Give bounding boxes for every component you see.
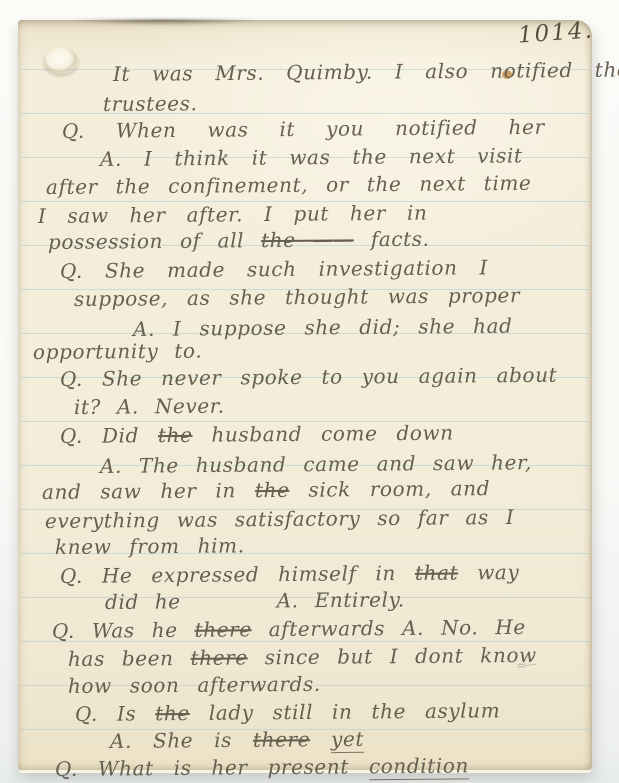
handwriting-line: Q. Was he there afterwards A. No. He xyxy=(52,614,526,644)
handwriting-text: Q. Is xyxy=(75,701,155,726)
handwriting-line: knew from him. xyxy=(55,532,245,560)
handwriting-text: A. She is xyxy=(110,728,253,753)
handwriting-text: Q. When was it you notified her xyxy=(62,115,545,143)
handwriting-text: A. The husband came and saw her, xyxy=(100,450,532,478)
handwriting-text: Q. Was he xyxy=(52,618,195,643)
struck-word: the xyxy=(155,701,190,725)
handwriting-line: I saw her after. I put her in xyxy=(38,200,428,229)
handwriting-line: did heA. Entirely. xyxy=(105,586,405,615)
handwriting-text: suppose, as she thought was proper xyxy=(74,283,520,311)
handwriting-line: how soon afterwards. xyxy=(68,671,321,699)
handwriting-text: afterwards A. No. He xyxy=(252,615,526,641)
handwriting-line: A. She is there yet xyxy=(110,726,364,754)
handwriting-line: suppose, as she thought was proper xyxy=(74,282,520,312)
manuscript-page: ≈— 1014. It was Mrs. Quimby. I also noti… xyxy=(18,20,592,770)
handwriting-text: Q. She never spoke to you again about xyxy=(60,363,557,391)
photographed-document: ≈— 1014. It was Mrs. Quimby. I also noti… xyxy=(0,0,619,783)
handwriting-line: after the confinement, or the next time xyxy=(46,170,532,200)
handwriting-text-layer: It was Mrs. Quimby. I also notified thet… xyxy=(18,20,592,770)
handwriting-text: everything was satisfactory so far as I xyxy=(45,505,515,533)
handwriting-text xyxy=(310,727,331,751)
handwriting-text: A. Entirely. xyxy=(277,587,405,612)
handwriting-text: lady still in the asylum xyxy=(190,698,501,725)
handwriting-text: Q. What is her present xyxy=(55,754,369,781)
handwriting-text: A. I think it was the next visit xyxy=(100,143,523,171)
handwriting-text: knew from him. xyxy=(55,533,245,559)
handwriting-text: facts. xyxy=(354,227,430,252)
handwriting-text: did he xyxy=(105,589,181,614)
handwriting-text: Q. Did xyxy=(60,423,158,448)
handwriting-line: it? A. Never. xyxy=(74,393,225,420)
struck-word: the —— xyxy=(261,227,354,252)
handwriting-text: since but I dont know xyxy=(248,643,537,670)
struck-word: there xyxy=(194,617,251,641)
handwriting-line: and saw her in the sick room, and xyxy=(42,475,490,505)
handwriting-line: It was Mrs. Quimby. I also notified the xyxy=(113,56,619,87)
handwriting-line: Q. Is the lady still in the asylum xyxy=(75,697,500,727)
handwriting-text: trustees. xyxy=(103,91,198,116)
handwriting-text: husband come down xyxy=(192,421,453,447)
handwriting-text: Q. He expressed himself in xyxy=(60,561,415,588)
handwriting-line: Q. When was it you notified her xyxy=(62,114,545,144)
struck-word: there xyxy=(190,645,247,669)
struck-word: the xyxy=(255,478,290,502)
handwriting-text: has been xyxy=(68,646,191,671)
handwriting-line: Q. She never spoke to you again about xyxy=(60,362,557,392)
handwriting-text: and saw her in xyxy=(42,478,255,504)
handwriting-line: everything was satisfactory so far as I xyxy=(45,504,515,534)
handwriting-text: how soon afterwards. xyxy=(68,672,321,698)
handwriting-line: opportunity to. xyxy=(33,338,202,365)
underlined-word: condition xyxy=(369,753,469,780)
underlined-word: yet xyxy=(331,727,364,753)
handwriting-line: has been there since but I dont know xyxy=(68,642,537,672)
handwriting-text: possession of all xyxy=(48,228,261,254)
handwriting-line: Q. He expressed himself in that way xyxy=(60,559,520,589)
handwriting-line: trustees. xyxy=(103,90,198,117)
handwriting-text: I saw her after. I put her in xyxy=(38,201,428,228)
handwriting-text: Q. She made such investigation I xyxy=(60,255,488,283)
handwriting-line: Q. She made such investigation I xyxy=(60,254,488,284)
struck-word: the xyxy=(158,423,193,447)
handwriting-text: sick room, and xyxy=(289,476,490,502)
handwriting-line: Q. What is her present condition xyxy=(55,752,469,782)
handwriting-text: after the confinement, or the next time xyxy=(46,171,532,199)
struck-word: there xyxy=(253,727,310,751)
handwriting-text: It was Mrs. Quimby. I also notified the xyxy=(113,57,619,86)
handwriting-text: way xyxy=(458,560,519,585)
struck-word: that xyxy=(415,561,458,585)
handwriting-line: A. I think it was the next visit xyxy=(100,142,523,172)
handwriting-text: opportunity to. xyxy=(33,339,202,364)
handwriting-text: it? A. Never. xyxy=(74,394,225,419)
handwriting-gap xyxy=(181,608,277,609)
handwriting-line: possession of all the —— facts. xyxy=(48,226,430,255)
handwriting-line: Q. Did the husband come down xyxy=(60,420,454,449)
